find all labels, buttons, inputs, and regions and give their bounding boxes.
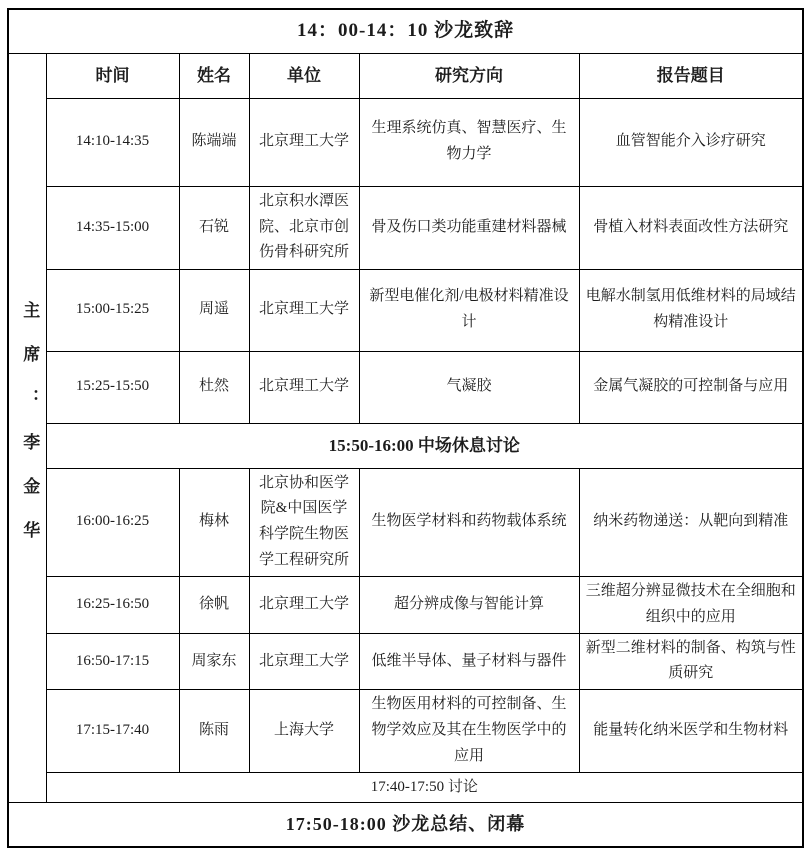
session-research: 骨及伤口类功能重建材料器械 [359, 186, 579, 269]
session-row: 14:10-14:35 陈端端 北京理工大学 生理系统仿真、智慧医疗、生物力学 … [8, 98, 803, 186]
session-affiliation: 北京积水潭医院、北京市创伤骨科研究所 [249, 186, 359, 269]
session-affiliation: 北京理工大学 [249, 351, 359, 423]
session-time: 17:15-17:40 [46, 690, 179, 772]
header-title: 报告题目 [579, 53, 803, 98]
opening-row: 14：00-14：10 沙龙致辞 [8, 9, 803, 53]
session-row: 16:50-17:15 周家东 北京理工大学 低维半导体、量子材料与器件 新型二… [8, 633, 803, 690]
schedule-table: 14：00-14：10 沙龙致辞 主席：李金华 时间 姓名 单位 研究方向 报告… [7, 8, 804, 848]
session-affiliation: 北京理工大学 [249, 98, 359, 186]
closing-label: 17:50-18:00 沙龙总结、闭幕 [8, 803, 803, 847]
session-affiliation: 北京理工大学 [249, 269, 359, 351]
opening-title: 14：00-14：10 沙龙致辞 [8, 9, 803, 53]
break-row: 15:50-16:00 中场休息讨论 [8, 423, 803, 468]
session-title: 血管智能介入诊疗研究 [579, 98, 803, 186]
session-title: 纳米药物递送：从靶向到精准 [579, 468, 803, 576]
break-label: 15:50-16:00 中场休息讨论 [46, 423, 803, 468]
session-research: 气凝胶 [359, 351, 579, 423]
discussion-row: 17:40-17:50 讨论 [8, 772, 803, 803]
session-row: 14:35-15:00 石锐 北京积水潭医院、北京市创伤骨科研究所 骨及伤口类功… [8, 186, 803, 269]
session-name: 陈雨 [179, 690, 249, 772]
session-name: 陈端端 [179, 98, 249, 186]
session-time: 15:25-15:50 [46, 351, 179, 423]
session-name: 徐帆 [179, 576, 249, 633]
session-row: 17:15-17:40 陈雨 上海大学 生物医用材料的可控制备、生物学效应及其在… [8, 690, 803, 772]
session-research: 生物医学材料和药物载体系统 [359, 468, 579, 576]
session-title: 能量转化纳米医学和生物材料 [579, 690, 803, 772]
session-affiliation: 北京理工大学 [249, 576, 359, 633]
session-row: 16:25-16:50 徐帆 北京理工大学 超分辨成像与智能计算 三维超分辨显微… [8, 576, 803, 633]
session-name: 杜然 [179, 351, 249, 423]
chair-label: 主席：李金华 [15, 301, 44, 565]
session-row: 16:00-16:25 梅林 北京协和医学院&中国医学科学院生物医学工程研究所 … [8, 468, 803, 576]
session-title: 三维超分辨显微技术在全细胞和组织中的应用 [579, 576, 803, 633]
header-research: 研究方向 [359, 53, 579, 98]
session-title: 电解水制氢用低维材料的局域结构精准设计 [579, 269, 803, 351]
header-name: 姓名 [179, 53, 249, 98]
session-name: 周遥 [179, 269, 249, 351]
session-affiliation: 上海大学 [249, 690, 359, 772]
session-affiliation: 北京协和医学院&中国医学科学院生物医学工程研究所 [249, 468, 359, 576]
session-name: 周家东 [179, 633, 249, 690]
discussion-label: 17:40-17:50 讨论 [46, 772, 803, 803]
header-time: 时间 [46, 53, 179, 98]
session-research: 低维半导体、量子材料与器件 [359, 633, 579, 690]
salon-schedule-sheet: 14：00-14：10 沙龙致辞 主席：李金华 时间 姓名 单位 研究方向 报告… [7, 8, 804, 848]
session-row: 15:25-15:50 杜然 北京理工大学 气凝胶 金属气凝胶的可控制备与应用 [8, 351, 803, 423]
chair-cell: 主席：李金华 [8, 53, 46, 803]
session-time: 14:10-14:35 [46, 98, 179, 186]
session-name: 梅林 [179, 468, 249, 576]
session-research: 生理系统仿真、智慧医疗、生物力学 [359, 98, 579, 186]
session-time: 16:25-16:50 [46, 576, 179, 633]
closing-row: 17:50-18:00 沙龙总结、闭幕 [8, 803, 803, 847]
session-row: 15:00-15:25 周遥 北京理工大学 新型电催化剂/电极材料精准设计 电解… [8, 269, 803, 351]
session-title: 骨植入材料表面改性方法研究 [579, 186, 803, 269]
session-title: 新型二维材料的制备、构筑与性质研究 [579, 633, 803, 690]
session-time: 15:00-15:25 [46, 269, 179, 351]
session-research: 新型电催化剂/电极材料精准设计 [359, 269, 579, 351]
session-research: 生物医用材料的可控制备、生物学效应及其在生物医学中的应用 [359, 690, 579, 772]
session-time: 16:00-16:25 [46, 468, 179, 576]
header-affiliation: 单位 [249, 53, 359, 98]
session-affiliation: 北京理工大学 [249, 633, 359, 690]
session-name: 石锐 [179, 186, 249, 269]
session-time: 16:50-17:15 [46, 633, 179, 690]
session-title: 金属气凝胶的可控制备与应用 [579, 351, 803, 423]
header-row: 主席：李金华 时间 姓名 单位 研究方向 报告题目 [8, 53, 803, 98]
session-time: 14:35-15:00 [46, 186, 179, 269]
session-research: 超分辨成像与智能计算 [359, 576, 579, 633]
